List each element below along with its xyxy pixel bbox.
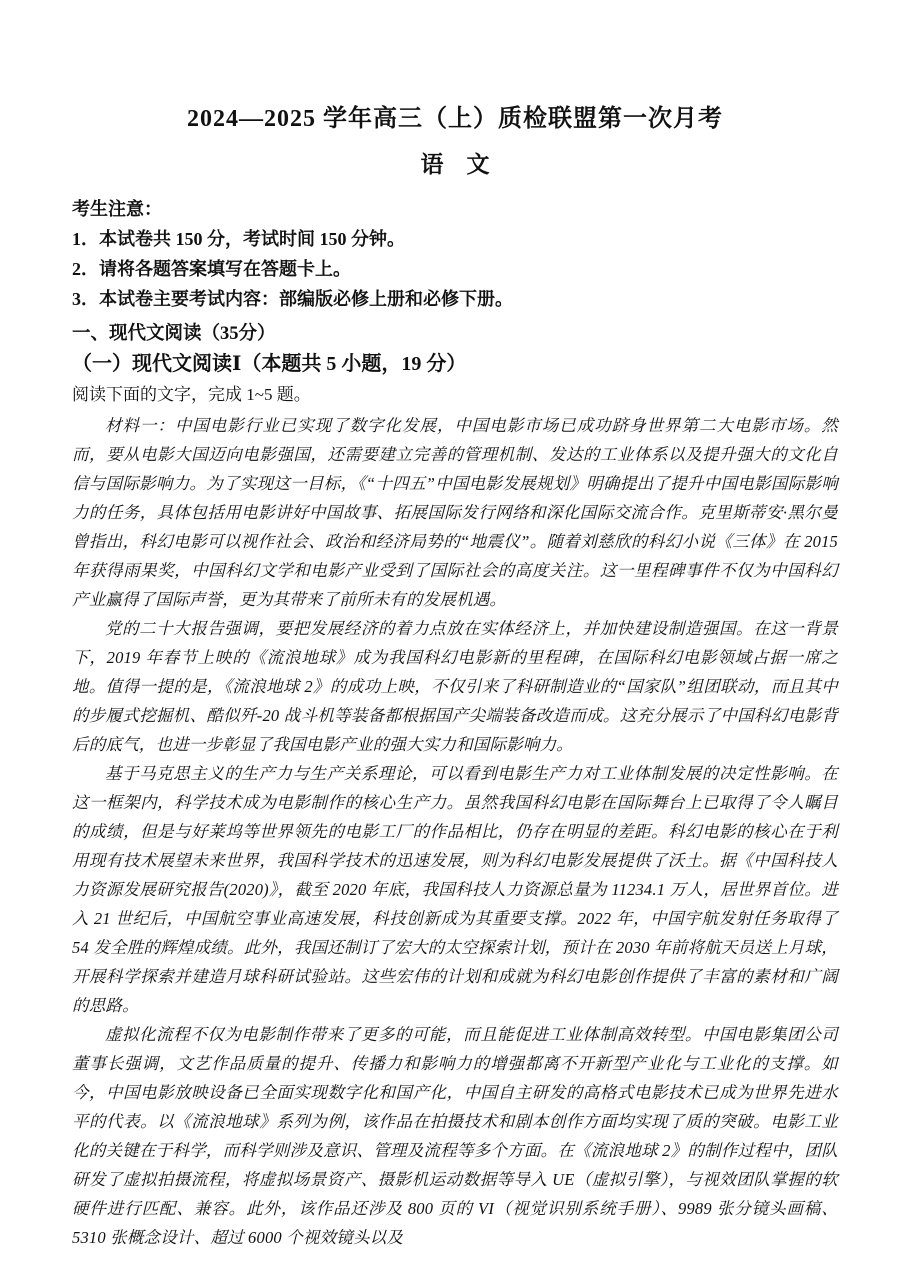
exam-title: 2024—2025 学年高三（上）质检联盟第一次月考 bbox=[72, 104, 838, 134]
subsection-heading-modern-reading-1: （一）现代文阅读Ⅰ（本题共 5 小题，19 分） bbox=[72, 350, 838, 379]
section-heading-modern-reading: 一、现代文阅读（35分） bbox=[72, 320, 838, 349]
exam-subject: 语 文 bbox=[72, 150, 838, 180]
notice-item-3: 3．本试卷主要考试内容：部编版必修上册和必修下册。 bbox=[72, 284, 838, 314]
reading-instruction: 阅读下面的文字，完成 1~5 题。 bbox=[72, 381, 838, 408]
material-paragraph-2: 党的二十大报告强调，要把发展经济的着力点放在实体经济上，并加快建设制造强国。在这… bbox=[72, 614, 838, 759]
exam-paper-page: 2024—2025 学年高三（上）质检联盟第一次月考 语 文 考生注意： 1．本… bbox=[0, 0, 900, 1273]
material-paragraph-3: 基于马克思主义的生产力与生产关系理论，可以看到电影生产力对工业体制发展的决定性影… bbox=[72, 759, 838, 1020]
reading-material: 材料一：中国电影行业已实现了数字化发展，中国电影市场已成功跻身世界第二大电影市场… bbox=[72, 411, 838, 1252]
notice-heading: 考生注意： bbox=[72, 194, 838, 224]
material-paragraph-1: 材料一：中国电影行业已实现了数字化发展，中国电影市场已成功跻身世界第二大电影市场… bbox=[72, 411, 838, 614]
candidate-notice: 考生注意： 1．本试卷共 150 分，考试时间 150 分钟。 2．请将各题答案… bbox=[72, 194, 838, 314]
notice-item-2: 2．请将各题答案填写在答题卡上。 bbox=[72, 254, 838, 284]
notice-item-1: 1．本试卷共 150 分，考试时间 150 分钟。 bbox=[72, 224, 838, 254]
material-paragraph-4: 虚拟化流程不仅为电影制作带来了更多的可能，而且能促进工业体制高效转型。中国电影集… bbox=[72, 1020, 838, 1252]
